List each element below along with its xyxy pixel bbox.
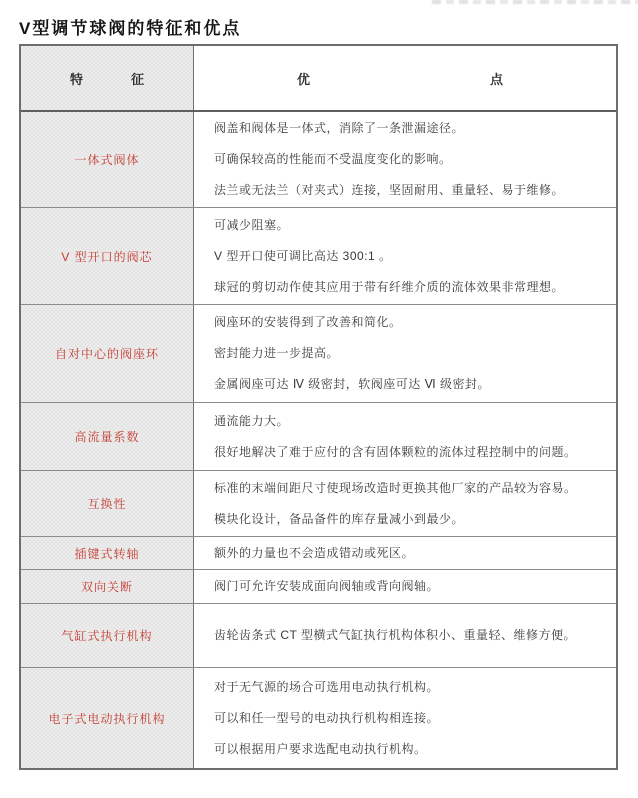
feature-cell: 电子式电动执行机构 <box>21 668 194 768</box>
feature-label: 一体式阀体 <box>74 151 139 168</box>
table-header-row: 特 征 优 点 <box>21 46 616 112</box>
table-row: 双向关断 阀门可允许安装成面向阀轴或背向阀轴。 <box>21 570 616 604</box>
table-row: 自对中心的阀座环 阀座环的安装得到了改善和简化。 密封能力进一步提高。 金属阀座… <box>21 305 616 403</box>
feature-cell: V 型开口的阀芯 <box>21 208 194 304</box>
feature-cell: 一体式阀体 <box>21 112 194 207</box>
point-line: 密封能力进一步提高。 <box>214 338 606 369</box>
points-cell: 对于无气源的场合可选用电动执行机构。 可以和任一型号的电动执行机构相连接。 可以… <box>194 668 616 768</box>
point-line: 金属阀座可达 Ⅳ 级密封，软阀座可达 Ⅵ 级密封。 <box>214 369 606 400</box>
feature-cell: 气缸式执行机构 <box>21 604 194 667</box>
point-line: 对于无气源的场合可选用电动执行机构。 <box>214 672 606 703</box>
feature-label: 电子式电动执行机构 <box>48 710 165 727</box>
points-cell: 额外的力量也不会造成错动或死区。 <box>194 537 616 569</box>
page-title: V型调节球阀的特征和优点 <box>19 14 241 39</box>
point-line: 额外的力量也不会造成错动或死区。 <box>214 538 606 569</box>
header-feature-char: 征 <box>131 69 144 88</box>
points-cell: 阀座环的安装得到了改善和简化。 密封能力进一步提高。 金属阀座可达 Ⅳ 级密封，… <box>194 305 616 402</box>
feature-label: 互换性 <box>87 495 126 512</box>
point-line: V 型开口使可调比高达 300:1 。 <box>214 241 606 272</box>
header-advantage-char: 点 <box>490 69 503 88</box>
feature-cell: 高流量系数 <box>21 403 194 470</box>
feature-label: 气缸式执行机构 <box>61 627 152 644</box>
point-line: 通流能力大。 <box>214 406 606 437</box>
feature-cell: 自对中心的阀座环 <box>21 305 194 402</box>
table-row: 互换性 标准的末端间距尺寸使现场改造时更换其他厂家的产品较为容易。 模块化设计，… <box>21 471 616 537</box>
header-advantage-cell: 优 点 <box>194 46 616 110</box>
table-row: 一体式阀体 阀盖和阀体是一体式，消除了一条泄漏途径。 可确保较高的性能而不受温度… <box>21 112 616 208</box>
cropped-text-remnant <box>432 0 638 4</box>
point-line: 很好地解决了难于应付的含有固体颗粒的流体过程控制中的问题。 <box>214 437 606 468</box>
point-line: 齿轮齿条式 CT 型横式气缸执行机构体积小、重量轻、维修方便。 <box>214 620 606 651</box>
points-cell: 可减少阻塞。 V 型开口使可调比高达 300:1 。 球冠的剪切动作使其应用于带… <box>194 208 616 304</box>
table-row: 气缸式执行机构 齿轮齿条式 CT 型横式气缸执行机构体积小、重量轻、维修方便。 <box>21 604 616 668</box>
point-line: 模块化设计，备品备件的库存量减小到最少。 <box>214 504 606 535</box>
points-cell: 齿轮齿条式 CT 型横式气缸执行机构体积小、重量轻、维修方便。 <box>194 604 616 667</box>
point-line: 标准的末端间距尺寸使现场改造时更换其他厂家的产品较为容易。 <box>214 473 606 504</box>
point-line: 法兰或无法兰（对夹式）连接，坚固耐用、重量轻、易于维修。 <box>214 175 606 206</box>
points-cell: 标准的末端间距尺寸使现场改造时更换其他厂家的产品较为容易。 模块化设计，备品备件… <box>194 471 616 536</box>
feature-cell: 双向关断 <box>21 570 194 603</box>
point-line: 可以和任一型号的电动执行机构相连接。 <box>214 703 606 734</box>
table-row: 电子式电动执行机构 对于无气源的场合可选用电动执行机构。 可以和任一型号的电动执… <box>21 668 616 768</box>
points-cell: 通流能力大。 很好地解决了难于应付的含有固体颗粒的流体过程控制中的问题。 <box>194 403 616 470</box>
feature-label: 高流量系数 <box>74 428 139 445</box>
table-row: V 型开口的阀芯 可减少阻塞。 V 型开口使可调比高达 300:1 。 球冠的剪… <box>21 208 616 305</box>
header-advantage-char: 优 <box>297 69 310 88</box>
header-feature-char: 特 <box>70 69 83 88</box>
points-cell: 阀盖和阀体是一体式，消除了一条泄漏途径。 可确保较高的性能而不受温度变化的影响。… <box>194 112 616 207</box>
feature-advantage-table: 特 征 优 点 一体式阀体 阀盖和阀体是一体式，消除了一条泄漏途径。 可确保较高… <box>19 44 618 770</box>
feature-label: V 型开口的阀芯 <box>61 248 152 265</box>
point-line: 阀门可允许安装成面向阀轴或背向阀轴。 <box>214 571 606 602</box>
feature-label: 自对中心的阀座环 <box>55 345 159 362</box>
points-cell: 阀门可允许安装成面向阀轴或背向阀轴。 <box>194 570 616 603</box>
point-line: 阀盖和阀体是一体式，消除了一条泄漏途径。 <box>214 113 606 144</box>
feature-cell: 互换性 <box>21 471 194 536</box>
point-line: 阀座环的安装得到了改善和简化。 <box>214 307 606 338</box>
point-line: 球冠的剪切动作使其应用于带有纤维介质的流体效果非常理想。 <box>214 272 606 303</box>
point-line: 可确保较高的性能而不受温度变化的影响。 <box>214 144 606 175</box>
point-line: 可减少阻塞。 <box>214 210 606 241</box>
point-line: 可以根据用户要求选配电动执行机构。 <box>214 734 606 765</box>
table-row: 插键式转轴 额外的力量也不会造成错动或死区。 <box>21 537 616 570</box>
table-row: 高流量系数 通流能力大。 很好地解决了难于应付的含有固体颗粒的流体过程控制中的问… <box>21 403 616 471</box>
document-page: V型调节球阀的特征和优点 特 征 优 点 一体式阀体 阀盖和阀体是一体式，消除了… <box>0 0 638 798</box>
feature-cell: 插键式转轴 <box>21 537 194 569</box>
feature-label: 双向关断 <box>81 578 133 595</box>
feature-label: 插键式转轴 <box>74 545 139 562</box>
header-feature-cell: 特 征 <box>21 46 194 110</box>
